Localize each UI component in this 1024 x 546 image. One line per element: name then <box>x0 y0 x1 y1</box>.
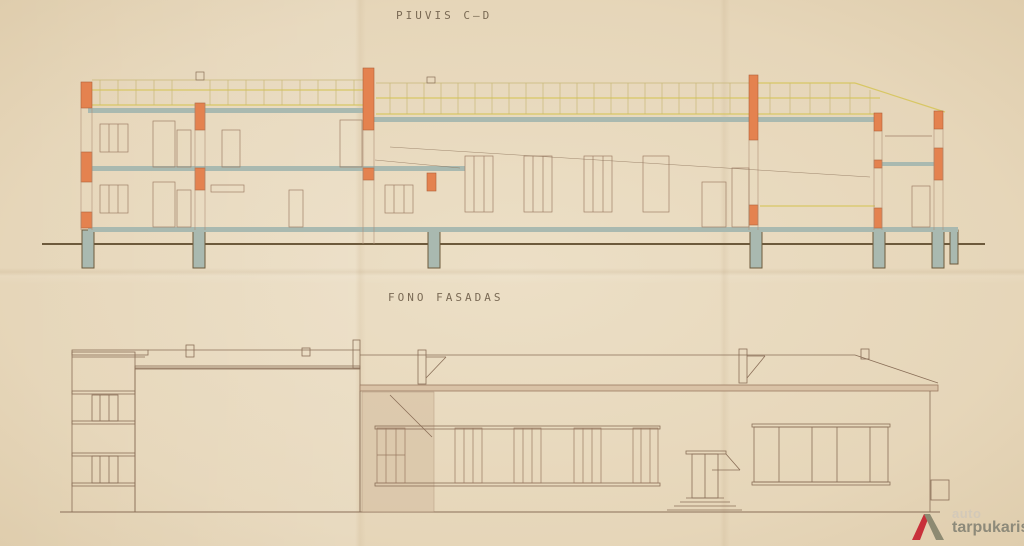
watermark: auto tarpukaris <box>900 506 1024 546</box>
sight-lines <box>375 147 870 177</box>
watermark-line2: tarpukaris <box>952 519 1024 537</box>
building-facade <box>60 340 949 512</box>
watermark-logo-icon <box>910 512 950 540</box>
foundations <box>82 230 958 268</box>
architectural-drawing <box>0 0 1024 546</box>
building-section <box>42 68 985 268</box>
section-openings <box>100 120 932 227</box>
